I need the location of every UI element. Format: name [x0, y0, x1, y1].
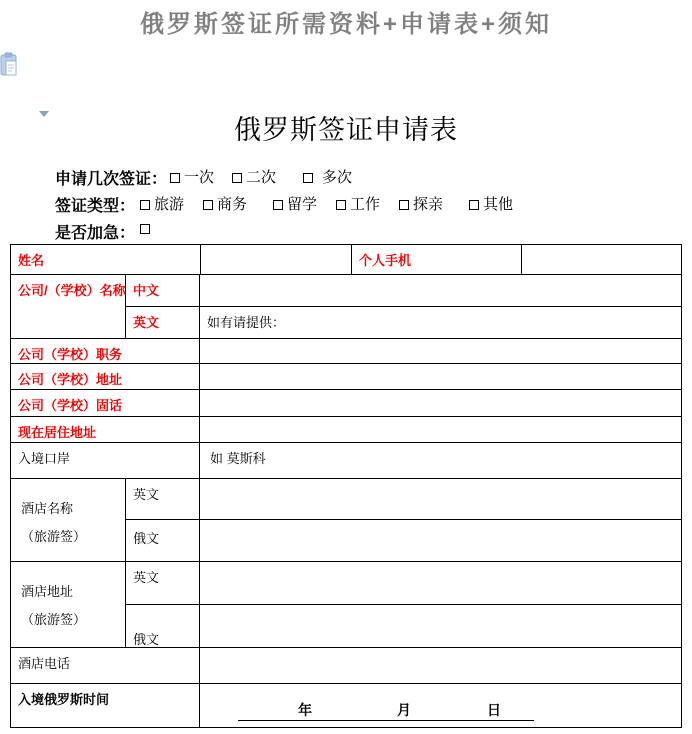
input-company-address[interactable] — [200, 364, 681, 390]
form-title: 俄罗斯签证申请表 — [0, 108, 692, 147]
input-hotel-address-ru[interactable] — [200, 605, 681, 648]
label-name: 姓名 — [11, 245, 201, 275]
input-mobile[interactable] — [522, 245, 681, 275]
question-visa-count: 申请几次签证： 一次 二次 多次 — [0, 166, 692, 190]
input-hotel-address-en[interactable] — [200, 562, 681, 605]
input-entry-port[interactable]: 如 莫斯科 — [200, 443, 681, 479]
option-tourism: 旅游 — [140, 193, 184, 214]
label-entry-port: 入境口岸 — [11, 443, 200, 479]
label-company-cn: 中文 — [126, 275, 200, 307]
option-twice: 二次 — [232, 166, 276, 187]
question-label: 签证类型： — [55, 193, 135, 216]
option-once: 一次 — [170, 166, 214, 187]
question-label: 申请几次签证： — [55, 166, 167, 189]
label-company-en: 英文 — [126, 307, 200, 339]
input-hotel-phone[interactable] — [200, 648, 681, 684]
input-current-address[interactable] — [200, 417, 681, 443]
application-table: 姓名 个人手机 公司/（学校）名称 中文 英文 如有请提供： 公司（学校）职务 … — [10, 244, 682, 728]
option-work: 工作 — [336, 193, 380, 214]
question-label: 是否加急： — [55, 220, 135, 243]
label-hotel-address-en: 英文 — [126, 562, 200, 605]
checkbox-once[interactable] — [170, 173, 180, 183]
input-hotel-name-ru[interactable] — [200, 520, 681, 562]
option-multiple: 多次 — [303, 166, 352, 187]
input-company-cn[interactable] — [200, 275, 681, 307]
option-study: 留学 — [273, 193, 317, 214]
label-current-address: 现在居住地址 — [11, 417, 200, 443]
question-urgent: 是否加急： — [0, 220, 692, 244]
checkbox-twice[interactable] — [232, 173, 242, 183]
option-business: 商务 — [203, 193, 247, 214]
label-company-address: 公司（学校）地址 — [11, 364, 200, 390]
input-name[interactable] — [201, 245, 352, 275]
checkbox-business[interactable] — [203, 200, 213, 210]
input-company-en[interactable]: 如有请提供： — [200, 307, 681, 339]
checkbox-tourism[interactable] — [140, 200, 150, 210]
checkbox-work[interactable] — [336, 200, 346, 210]
checkbox-urgent[interactable] — [140, 224, 150, 234]
label-hotel-name-ru: 俄文 — [126, 520, 200, 562]
year-label: 年 — [298, 702, 312, 718]
label-hotel-address: 酒店地址（旅游签） — [11, 562, 126, 648]
label-hotel-name: 酒店名称（旅游签） — [11, 479, 126, 562]
doc-title: 俄罗斯签证所需资料+申请表+须知 — [0, 4, 692, 39]
day-label: 日 — [487, 702, 501, 718]
label-company-name: 公司/（学校）名称 — [11, 275, 126, 339]
checkbox-other[interactable] — [469, 200, 479, 210]
label-hotel-phone: 酒店电话 — [11, 648, 200, 684]
checkbox-study[interactable] — [273, 200, 283, 210]
checkbox-multiple[interactable] — [303, 173, 313, 183]
label-company-position: 公司（学校）职务 — [11, 339, 200, 364]
input-entry-time[interactable]: 年月日 — [200, 684, 681, 727]
label-hotel-address-ru: 俄文 — [126, 605, 200, 648]
question-visa-type: 签证类型： 旅游 商务 留学 工作 探亲 其他 — [0, 193, 692, 217]
label-hotel-name-en: 英文 — [126, 479, 200, 520]
paste-options-button[interactable] — [0, 52, 60, 80]
date-underline: 年月日 — [238, 700, 534, 721]
label-entry-time: 入境俄罗斯时间 — [11, 684, 200, 727]
label-mobile: 个人手机 — [352, 245, 522, 275]
option-family-visit: 探亲 — [399, 193, 443, 214]
month-label: 月 — [397, 702, 411, 718]
input-hotel-name-en[interactable] — [200, 479, 681, 520]
label-company-phone: 公司（学校）固话 — [11, 390, 200, 417]
input-company-phone[interactable] — [200, 390, 681, 417]
input-company-position[interactable] — [200, 339, 681, 364]
checkbox-family-visit[interactable] — [399, 200, 409, 210]
option-other: 其他 — [469, 193, 513, 214]
paste-options-icon — [0, 52, 24, 80]
